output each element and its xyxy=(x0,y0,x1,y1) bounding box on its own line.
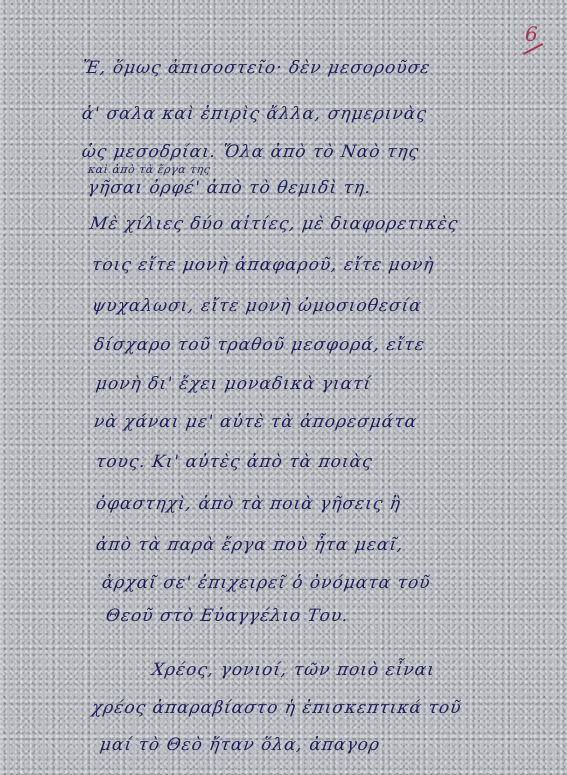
handwritten-line: Ἔ, ὅμως ἀπισοστεῖο· δὲν μεσοροῦσε xyxy=(81,58,432,78)
handwritten-line: μονὴ δι' ἔχει μοναδικὰ γιατί xyxy=(95,374,373,394)
handwritten-line: ὀφαστηχὶ, ἀπὸ τὰ ποιὰ γῆσεις ἢ xyxy=(95,494,403,514)
handwritten-line: τοις εἴτε μονὴ ἀπαφαροῦ, εἴτε μονὴ xyxy=(91,255,436,275)
interlinear-insertion: καὶ ἀπὸ τὰ ἔργα της xyxy=(87,163,211,176)
manuscript-page: 6 Ἔ, ὅμως ἀπισοστεῖο· δὲν μεσοροῦσεἀ' σα… xyxy=(0,0,567,775)
handwritten-line: Θεοῦ στὸ Εὐαγγέλιο Του. xyxy=(105,606,351,626)
handwritten-line: τους. Κι' αὐτὲς ἀπὸ τὰ ποιὰς xyxy=(95,452,374,472)
handwritten-line: Μὲ χίλιες δύο αἰτίες, μὲ διαφορετικὲς xyxy=(89,214,460,234)
handwritten-line: ὡς μεσοδρίαι. Ὅλα ἀπὸ τὸ Ναὸ της xyxy=(81,142,421,162)
handwritten-line: χρέος ἀπαραβίαστο ἡ ἐπισκεπτικά τοῦ xyxy=(91,698,463,718)
handwritten-line: μαί τὸ Θεὸ ἤταν ὅλα, ἀπαγορ xyxy=(99,735,382,755)
handwritten-line: ψυχαλωσι, εἴτε μονὴ ὠμοσιοθεσία xyxy=(91,296,424,316)
handwritten-line: Χρέος, γονιοί, τῶν ποιὸ εἶναι xyxy=(151,660,437,680)
page-number: 6 xyxy=(525,22,538,46)
handwritten-line: ἀρχαῖ σε' ἐπιχειρεῖ ὁ ὀνόματα τοῦ xyxy=(101,573,432,593)
handwritten-line: δίσχαρο τοῦ τραθοῦ μεσφορά, εἴτε xyxy=(93,335,427,355)
handwritten-line: νὰ χάναι με' αὐτὲ τὰ ἀπορεσμάτα xyxy=(93,412,419,432)
handwritten-line: ἀπὸ τὰ παρὰ ἔργα ποὺ ἦτα μεαῖ, xyxy=(95,535,405,555)
handwritten-line: ἀ' σαλα καὶ ἐπιρὶς ἄλλα, σημερινὰς xyxy=(81,104,429,124)
handwritten-line: γῆσαι ὀρφέ' ἀπὸ τὸ θεμιδὶ τη. xyxy=(87,178,373,198)
